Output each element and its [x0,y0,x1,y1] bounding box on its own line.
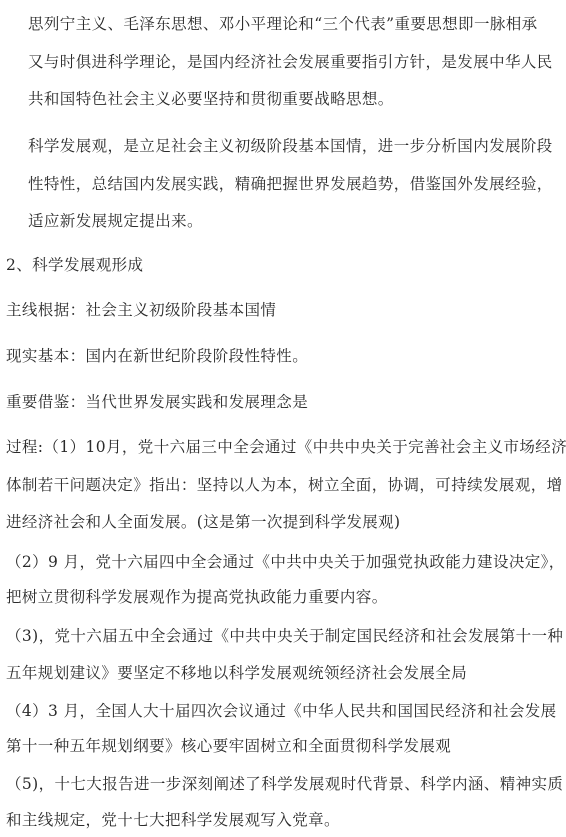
basis-reference: 重要借鉴：当代世界发展实践和发展理念是 [6,392,308,412]
section-heading: 2、科学发展观形成 [6,255,143,275]
text-line: （2）9 月，党十六届四中全会通过《中共中央关于加强党执政能力建设决定》， [6,552,565,572]
basis-reality: 现实基本：国内在新世纪阶段阶段性特性。 [6,346,308,366]
text-line: 科学发展观，是立足社会主义初级阶段基本国情，进一步分析国内发展阶段 [28,136,553,156]
text-line: 思列宁主义、毛泽东思想、邓小平理论和“三个代表”重要思想即一脉相承 [28,14,538,34]
text-line: （4）3 月，全国人大十届四次会议通过《中华人民共和国国民经济和社会发展 [6,701,557,721]
text-line: 五年规划建议》要坚定不移地以科学发展观统领经济社会发展全局 [6,663,467,683]
text-line: 过程:（1）10月，党十六届三中全会通过《中共中央关于完善社会主义市场经济 [6,437,566,457]
text-line: 和主线规定，党十七大把科学发展观写入党章。 [6,810,340,830]
text-line: 共和国特色社会主义必要坚持和贯彻重要战略思想。 [28,89,394,109]
text-line: 把树立贯彻科学发展观作为提高党执政能力重要内容。 [6,587,388,607]
text-line: 体制若干问题决定》指出：坚持以人为本，树立全面，协调，可持续发展观，增 [6,475,563,495]
text-line: （5)，十七大报告进一步深刻阐述了科学发展观时代背景、科学内涵、精神实质 [6,774,563,794]
text-line: 第十一种五年规划纲要》核心要牢固树立和全面贯彻科学发展观 [6,736,451,756]
text-line: 又与时俱进科学理论，是国内经济社会发展重要指引方针，是发展中华人民 [28,52,553,72]
text-line: 性特性，总结国内发展实践，精确把握世界发展趋势，借鉴国外发展经验， [28,174,553,194]
text-line: 进经济社会和人全面发展。(这是第一次提到科学发展观) [6,512,401,532]
text-line: 适应新发展规定提出来。 [28,211,203,231]
text-line: （3)，党十六届五中全会通过《中共中央关于制定国民经济和社会发展第十一种 [6,626,563,646]
basis-main-line: 主线根据：社会主义初级阶段基本国情 [6,300,276,320]
